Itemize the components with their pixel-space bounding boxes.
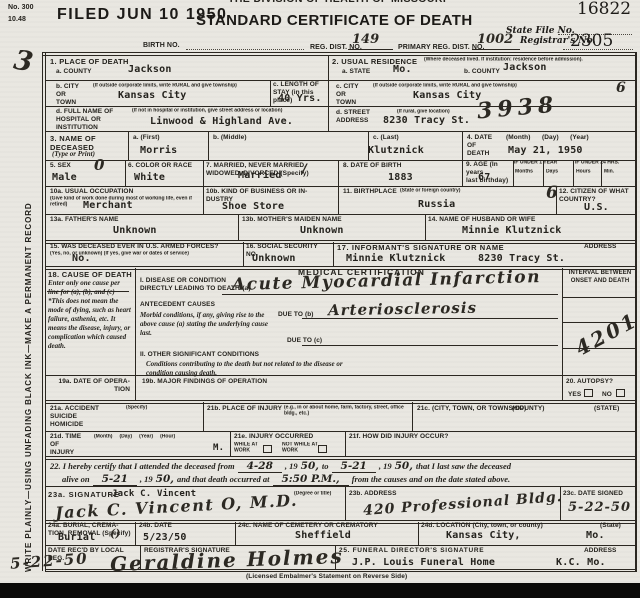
ur-city-handwritten-mark: 6 <box>616 80 626 96</box>
certify-text-8: and that death occurred at <box>177 474 270 484</box>
first-name-label: a. (First) <box>133 134 160 142</box>
antecedent-causes-note: Morbid conditions, if any, giving rise t… <box>140 311 276 338</box>
certify-statement-line1: 22. I hereby certify that I attended the… <box>50 461 511 473</box>
certify-text-6: alive on <box>62 474 90 484</box>
grid-line-v <box>425 214 426 240</box>
date-of-birth-value: 1883 <box>388 172 413 183</box>
mother-name-label: 13b. MOTHER'S MAIDEN NAME <box>242 216 342 224</box>
pod-county-value: Jackson <box>128 64 172 75</box>
grid-line-h <box>45 240 637 241</box>
certify-statement-line2: alive on 5-21 , 19 50, and that death oc… <box>62 474 510 486</box>
sex-handwritten-mark: 0 <box>94 156 104 174</box>
grid-line-v <box>333 242 334 266</box>
grid-line-h <box>45 400 637 401</box>
certify-text-2: , 19 <box>285 461 298 471</box>
while-at-work-checkbox <box>263 445 272 453</box>
burial-location-label: 24d. LOCATION (City, town, or county) <box>421 522 543 530</box>
death-certificate-scan: No. 300 10.48 3 WRITE PLAINLY—USING UNFA… <box>0 0 640 598</box>
certify-text-9: from the causes and on the date stated a… <box>352 474 510 484</box>
antecedent-causes-label: ANTECEDENT CAUSES <box>140 301 215 309</box>
grid-line-h <box>45 214 637 215</box>
date-of-death-sublabels: (Month) (Day) (Year) <box>506 134 589 142</box>
name-note: (Type or Print) <box>52 150 95 159</box>
certify-text-3: to <box>322 461 329 471</box>
informant-value: Minnie Klutznick <box>346 253 446 264</box>
grid-line-v <box>338 160 339 214</box>
burial-date-label: 24b. DATE <box>139 522 172 530</box>
autopsy-yes-checkbox <box>584 389 593 397</box>
date-of-death-label: 4. DATE OF DEATH <box>467 134 492 158</box>
physician-address-label: 23b. ADDRESS <box>349 490 397 498</box>
birthplace-note: (State or foreign country) <box>400 188 501 194</box>
cemetery-value: Sheffield <box>295 530 351 541</box>
place-of-injury-note: (e.g., in or about home, farm, factory, … <box>284 405 406 417</box>
last-name-value: Klutznick <box>368 145 424 156</box>
ur-state-value: Mo. <box>393 64 412 75</box>
last-name-label: c. (Last) <box>373 134 399 142</box>
degree-or-title-note: (Degree or title) <box>294 491 352 497</box>
institution-value: Linwood & Highland Ave. <box>150 116 293 127</box>
funeral-director-address-value: K.C. Mo. <box>556 557 606 568</box>
interval-label: INTERVAL BETWEEN ONSET AND DEATH <box>563 270 637 285</box>
primary-reg-underline <box>472 49 520 50</box>
certify-text-4: , 19 <box>379 461 392 471</box>
armed-forces-label: 15. WAS DECEASED EVER IN U.S. ARMED FORC… <box>50 243 245 251</box>
marital-handwritten-mark: / <box>302 162 307 177</box>
pod-city-value: Kansas City <box>118 90 186 101</box>
certify-alive-value: 5-21 <box>93 474 137 486</box>
date-of-birth-label: 8. DATE OF BIRTH <box>343 162 402 170</box>
injury-county-label: (COUNTY) <box>512 405 545 413</box>
grid-line-h <box>42 55 637 56</box>
cause-c-underline <box>302 345 558 346</box>
injury-occurred-label: 21e. INJURY OCCURRED <box>234 433 313 441</box>
burial-location-state-value: Mo. <box>586 530 605 541</box>
informant-address-label: ADDRESS <box>584 243 616 251</box>
funeral-director-label: 25. FUNERAL DIRECTOR'S SIGNATURE <box>339 547 484 555</box>
accident-specify-note: (Specify) <box>126 405 169 411</box>
armed-forces-value: No. <box>72 253 91 264</box>
if-under-1-year-label: IF UNDER 1 YEAR <box>514 160 572 166</box>
grid-line-v <box>128 131 129 160</box>
funeral-director-address-label: ADDRESS <box>584 547 616 555</box>
grid-line-v <box>45 52 46 571</box>
grid-line-v <box>635 52 637 571</box>
ur-county-value: Jackson <box>503 62 547 73</box>
pod-city-label: b. CITY OR TOWN <box>56 83 79 107</box>
grid-line-h <box>45 131 637 132</box>
not-while-at-work-label: NOT WHILE AT WORK <box>282 442 321 454</box>
reg-dist-number: 149 <box>352 32 379 47</box>
ur-county-label: b. COUNTY <box>464 68 500 76</box>
grid-line-h <box>45 431 637 432</box>
mother-name-value: Unknown <box>300 225 344 236</box>
grid-line-v <box>562 268 563 400</box>
date-signed-label: 23c. DATE SIGNED <box>563 490 623 498</box>
birthplace-label: 11. BIRTHPLACE <box>343 188 397 196</box>
sex-label: 5. SEX <box>50 162 71 170</box>
embalmer-statement-note: (Licensed Embalmer's Statement on Revers… <box>246 573 407 581</box>
race-value: White <box>134 172 165 183</box>
certify-year2-value: 50, <box>395 461 413 472</box>
days-label: Days <box>546 169 575 175</box>
how-injury-occurred-label: 21f. HOW DID INJURY OCCUR? <box>349 433 448 441</box>
burial-date-value: 5/23/50 <box>143 532 187 543</box>
certify-text-7: , 19 <box>140 474 153 484</box>
sex-value: Male <box>52 172 77 183</box>
due-to-c-label: DUE TO (c) <box>287 337 322 345</box>
grid-line-v <box>235 522 236 545</box>
pod-city-note: (If outside corporate limits, write RURA… <box>93 83 259 89</box>
due-to-b-value: Arteriosclerosis <box>328 299 477 320</box>
age-value: 67 <box>478 172 490 183</box>
ur-state-label: a. STATE <box>342 68 370 76</box>
scan-bottom-black-bar <box>0 583 640 598</box>
certify-year3-value: 50, <box>156 474 174 485</box>
grid-line-h <box>45 486 637 487</box>
state-file-number: 16822 <box>577 0 631 19</box>
months-label: Months <box>515 169 544 175</box>
autopsy-label: 20. AUTOPSY? <box>566 378 613 386</box>
burial-handwritten-mark: () <box>110 527 120 540</box>
first-name-value: Morris <box>140 145 177 156</box>
street-handwritten-mark: 3938 <box>476 92 559 125</box>
operation-findings-label: 19b. MAJOR FINDINGS OF OPERATION <box>142 378 267 386</box>
burial-location-value: Kansas City, <box>446 530 521 541</box>
informant-address-value: 8230 Tracy St. <box>478 253 565 264</box>
ur-city-value: Kansas City <box>413 90 481 101</box>
grid-line-h <box>42 52 637 53</box>
grid-line-h <box>45 456 637 457</box>
birthplace-value: Russia <box>418 199 455 210</box>
registrar-number: 2305 <box>570 31 613 51</box>
time-of-injury-meridiem: M. <box>213 443 224 453</box>
occupation-label: 10a. USUAL OCCUPATION <box>50 188 133 196</box>
form-number-line1: No. 300 <box>8 4 34 13</box>
grid-line-v <box>328 55 329 131</box>
margin-instruction-text: WRITE PLAINLY—USING UNFADING BLACK INK—M… <box>24 148 33 572</box>
min-label: Min. <box>604 169 633 175</box>
father-name-value: Unknown <box>113 225 157 236</box>
grid-line-v <box>345 431 346 456</box>
institution-note: (If not in hospital or institution, give… <box>132 108 334 114</box>
marital-status-value: Married <box>238 170 282 181</box>
grid-line-v <box>208 131 209 160</box>
primary-reg-dist-number: 1002 <box>477 32 513 47</box>
place-of-injury-label: 21b. PLACE OF INJURY <box>207 405 282 413</box>
street-address-label: d. STREET ADDRESS <box>336 109 370 125</box>
certify-text-5: that I last saw the deceased <box>416 461 511 471</box>
hours-label: Hours <box>576 169 605 175</box>
certify-year1-value: 50, <box>301 461 319 472</box>
injury-state-label: (STATE) <box>594 405 619 413</box>
industry-value: Shoe Store <box>222 201 284 212</box>
grid-line-v <box>462 131 463 186</box>
institution-label: d. FULL NAME OF HOSPITAL OR INSTITUTION <box>56 108 113 132</box>
cause-of-death-note1: Enter only one cause per line for (a), (… <box>48 279 132 297</box>
cemetery-label: 24c. NAME OF CEMETERY OR CREMATORY <box>238 522 378 530</box>
certify-text-1: 22. I hereby certify that I attended the… <box>50 461 235 471</box>
place-of-death-section-label: 1. PLACE OF DEATH <box>50 57 129 66</box>
race-label: 6. COLOR OR RACE <box>128 162 192 170</box>
grid-line-v <box>418 522 419 545</box>
certificate-title: STANDARD CERTIFICATE OF DEATH <box>196 12 473 29</box>
grid-line-v <box>270 80 271 106</box>
grid-line-h <box>45 80 637 81</box>
reg-dist-underline <box>348 49 393 50</box>
time-of-injury-label: 21d. TIME OF INJURY <box>50 433 81 457</box>
grid-line-h <box>45 520 637 521</box>
certify-from-value: 4-28 <box>238 461 282 473</box>
not-while-at-work-checkbox <box>318 445 327 453</box>
grid-line-v <box>135 522 136 545</box>
middle-name-label: b. (Middle) <box>213 134 247 142</box>
due-to-b-label: DUE TO (b) <box>278 311 314 319</box>
date-signed-value: 5-22-50 <box>568 500 631 515</box>
grid-line-v <box>203 402 204 431</box>
ur-city-label: c. CITY OR TOWN <box>336 83 359 107</box>
grid-line-v <box>42 52 43 571</box>
margin-handwritten-mark: 3 <box>11 45 35 79</box>
street-address-value: 8230 Tracy St. <box>383 115 470 126</box>
other-conditions-note: Conditions contributing to the death but… <box>146 360 356 378</box>
disease-condition-value: Acute Myocardial Infarction <box>232 267 541 295</box>
grid-line-v <box>125 160 126 186</box>
certify-time-value: 5:50 P.M., <box>273 474 349 486</box>
autopsy-yes-label: YES <box>568 391 581 399</box>
grid-line-v <box>203 160 204 214</box>
father-name-label: 13a. FATHER'S NAME <box>50 216 119 224</box>
grid-line-v <box>135 268 136 400</box>
occupation-value: Merchant <box>83 200 133 211</box>
if-under-24-hrs-label: IF UNDER 24 HRS. <box>575 160 633 166</box>
injury-city-label: 21c. (CITY, TOWN, OR TOWNSHIP) <box>417 405 526 413</box>
autopsy-no-label: NO <box>602 391 612 399</box>
interval-handwritten-code: 4201 <box>571 308 640 361</box>
length-of-stay-value: 40 Yrs. <box>278 93 322 104</box>
spouse-name-value: Minnie Klutznick <box>462 225 562 236</box>
interval-line <box>562 297 637 298</box>
time-of-injury-sublabels: (Month) (Day) (Year) (Hour) <box>94 434 231 440</box>
cause-of-death-note2: *This does not mean the mode of dying, s… <box>48 297 132 352</box>
citizen-value: U.S. <box>584 202 609 213</box>
birth-no-label: BIRTH NO. <box>143 42 180 51</box>
physician-signature-label: 23a. SIGNATURE <box>48 490 120 499</box>
ssn-value: Unknown <box>252 253 296 264</box>
cause-a-underline <box>222 294 558 295</box>
spouse-name-label: 14. NAME OF HUSBAND OR WIFE <box>428 216 535 224</box>
grid-line-v <box>238 214 239 240</box>
cause-of-death-label: 18. CAUSE OF DEATH <box>48 270 132 279</box>
autopsy-no-checkbox <box>616 389 625 397</box>
date-of-death-value: May 21, 1950 <box>508 145 583 156</box>
other-conditions-label: II. OTHER SIGNIFICANT CONDITIONS <box>140 351 259 359</box>
accident-suicide-homicide-label: 21a. ACCIDENT SUICIDE HOMICIDE <box>50 405 99 429</box>
form-number-line2: 10.48 <box>8 16 26 25</box>
operation-date-label: 19a. DATE OF OPERA- TION <box>46 378 130 394</box>
burial-type-value: Burial <box>58 532 95 543</box>
grid-line-h <box>45 403 637 404</box>
burial-location-state-label: (State) <box>600 522 621 530</box>
grid-line-v <box>412 402 413 431</box>
informant-label: 17. INFORMANT'S SIGNATURE OR NAME <box>337 243 504 252</box>
division-header: THE DIVISION OF HEALTH OF MISSOURI <box>228 0 446 5</box>
certify-to-value: 5-21 <box>332 461 376 473</box>
pod-county-label: a. COUNTY <box>56 68 92 76</box>
birthplace-handwritten-mark: 6 <box>546 183 558 203</box>
birth-no-blank-line <box>186 49 304 50</box>
registrar-no-leader-line <box>563 49 633 50</box>
ur-city-note: (If outside corporate limits, write RURA… <box>373 83 553 89</box>
funeral-director-value: J.P. Louis Funeral Home <box>352 557 495 568</box>
